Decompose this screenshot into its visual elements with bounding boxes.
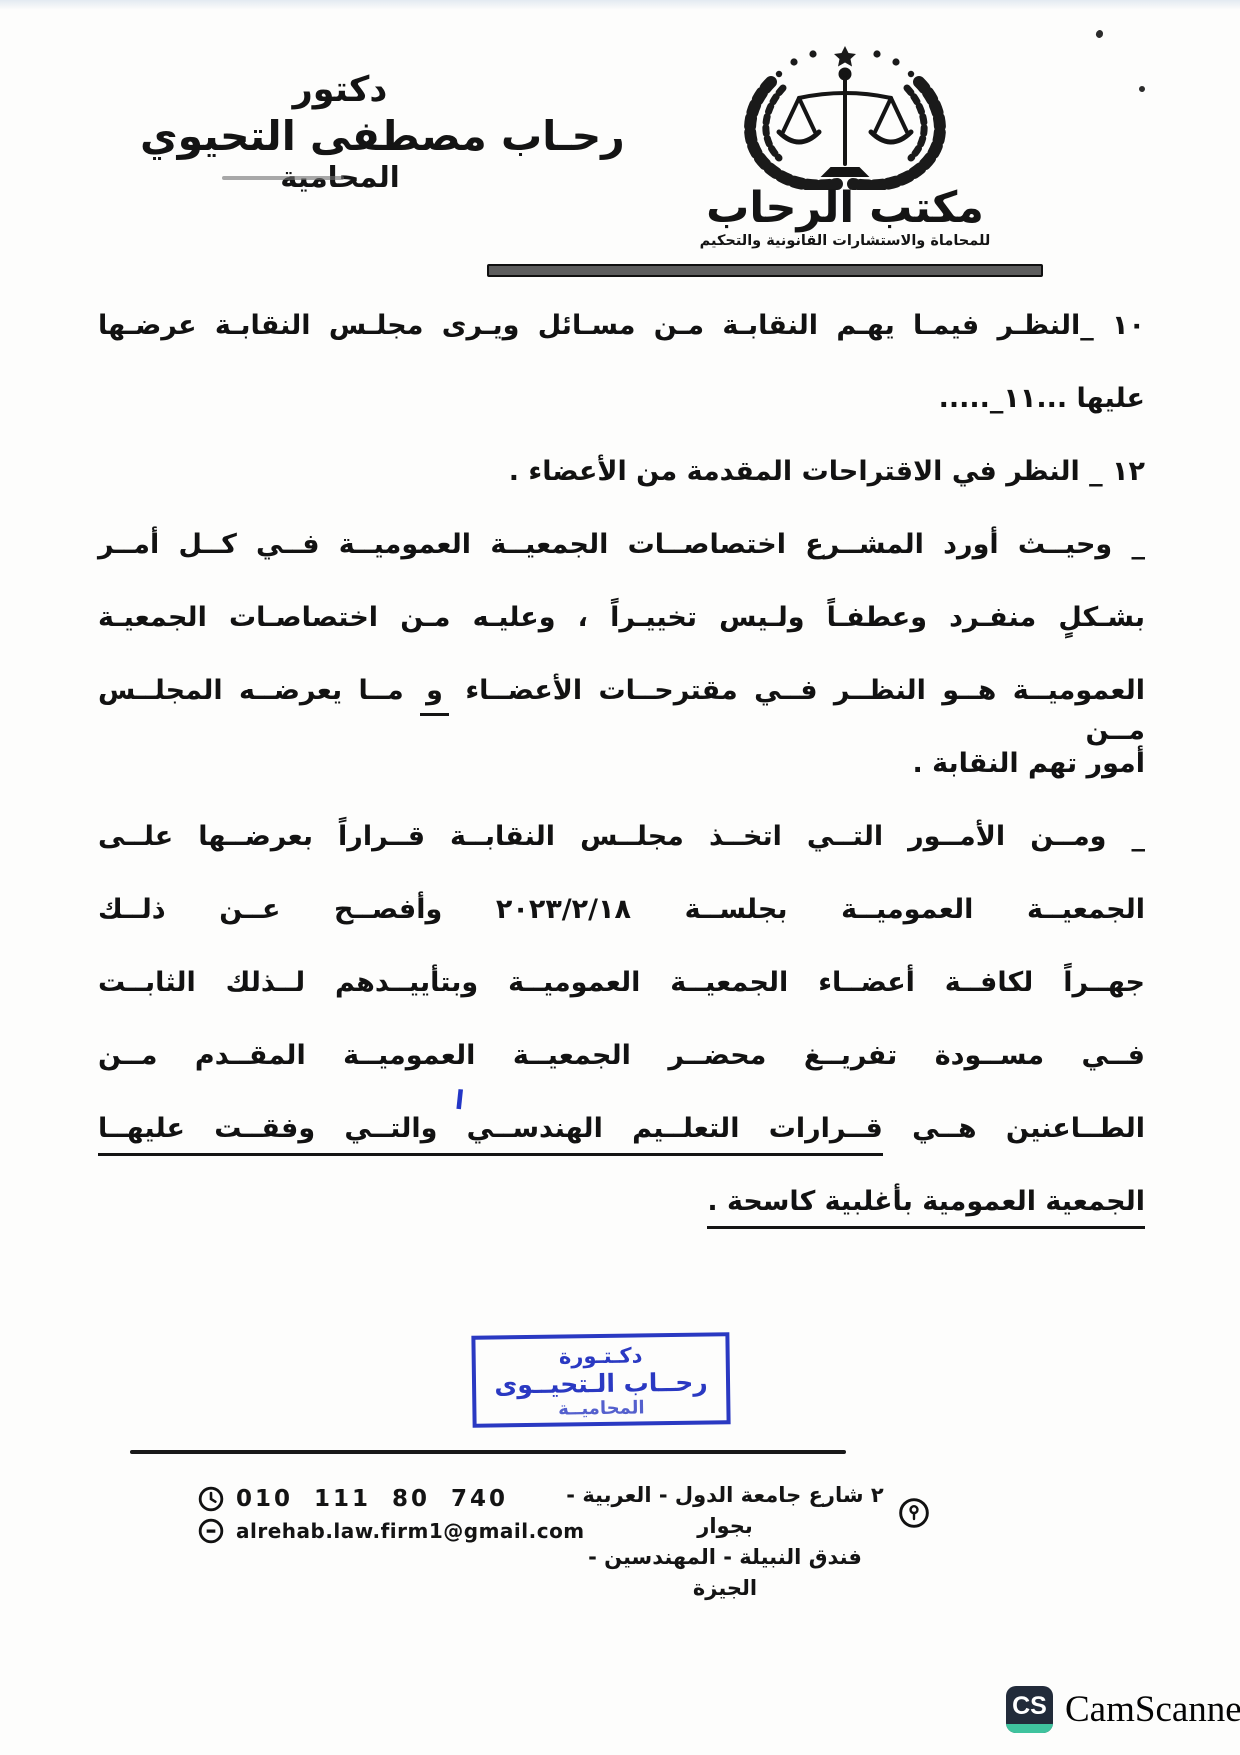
stamp-title: دكـتـورة — [476, 1342, 726, 1369]
address-line: فندق النبيلة - المهندسين - الجيزة — [555, 1542, 895, 1604]
body-line: أمور تهم النقابة . — [98, 744, 1145, 817]
email-row: alrehab.law.firm1@gmail.com — [198, 1518, 585, 1544]
address-block: ٢ شارع جامعة الدول - العربية - بجوار فند… — [555, 1480, 895, 1604]
underlined-text: قــرارات التعلــيم الهندســي والتــي وفق… — [98, 1113, 883, 1156]
underlined-text: و — [420, 675, 449, 716]
address-line: ٢ شارع جامعة الدول - العربية - بجوار — [555, 1480, 895, 1542]
body-text-run: العموميــة هــو النظــر فــي مقترحــات ا… — [449, 675, 1145, 706]
email-address: alrehab.law.firm1@gmail.com — [236, 1519, 585, 1543]
body-line: الطــاعنين هــي قــرارات التعلــيم الهند… — [98, 1109, 1145, 1182]
office-name: مكتب الرحاب — [660, 186, 1030, 230]
body-text-run: الطــاعنين هــي — [883, 1113, 1145, 1144]
stamp-name: رحــاب الـتحيــوى — [476, 1367, 726, 1399]
camscanner-icon-strip — [1006, 1724, 1053, 1733]
body-line: _ ومــن الأمــور التــي اتخــذ مجلــس ال… — [98, 817, 1145, 890]
phone-row: 010 111 80 740 — [198, 1486, 585, 1512]
email-icon — [198, 1518, 224, 1544]
scan-speck — [1095, 29, 1104, 39]
scales-of-justice-icon — [695, 40, 995, 190]
location-pin-icon — [898, 1497, 930, 1529]
underlined-text: الجمعية العمومية بأغلبية كاسحة . — [707, 1186, 1145, 1229]
body-line: جهــراً لكافــة أعضــاء الجمعيــة العموم… — [98, 963, 1145, 1036]
camscanner-watermark: CS CamScanner — [1006, 1686, 1240, 1733]
document-body: ١٠ _النظـر فيمـا يهـم النقابـة مـن مسـائ… — [98, 306, 1145, 1255]
camscanner-icon-letters: CS — [1012, 1692, 1047, 1721]
scan-edge-artifact — [0, 0, 1240, 10]
header-divider — [487, 264, 1043, 277]
body-line: الجمعيــة العموميــة بجلســة ٢٠٢٣/٢/١٨ و… — [98, 890, 1145, 963]
lawyer-title: دكتور — [140, 70, 540, 110]
phone-number: 010 111 80 740 — [236, 1486, 508, 1512]
camscanner-icon: CS — [1006, 1686, 1053, 1733]
camscanner-label: CamScanner — [1065, 1688, 1240, 1731]
body-line: بشـكلٍ منفـرد وعطفـاً ولـيس تخييـراً ، و… — [98, 598, 1145, 671]
footer-divider — [130, 1450, 846, 1454]
body-line: ١٢ _ النظر في الاقتراحات المقدمة من الأع… — [98, 452, 1145, 525]
body-line: العموميــة هــو النظــر فــي مقترحــات ا… — [98, 671, 1145, 744]
body-line: عليها ...١١_..... — [98, 379, 1145, 452]
body-line: _ وحيــث أورد المشــرع اختصاصــات الجمعي… — [98, 525, 1145, 598]
phone-icon — [198, 1486, 224, 1512]
office-tagline: للمحاماة والاستشارات القانونية والتحكيم — [660, 233, 1030, 249]
contact-block: 010 111 80 740 alrehab.law.firm1@gmail.c… — [198, 1486, 585, 1550]
stamp-role: المحاميــة — [476, 1396, 726, 1420]
scanned-legal-document: دكتور رحـاب مصطفى التحيوي المحامية — [0, 0, 1240, 1755]
letterhead-logo-block: مكتب الرحاب للمحاماة والاستشارات القانون… — [660, 40, 1030, 249]
body-line: ١٠ _النظـر فيمـا يهـم النقابـة مـن مسـائ… — [98, 306, 1145, 379]
body-line: فــي مســودة تفريــغ محضــر الجمعيــة ال… — [98, 1036, 1145, 1109]
scan-speck — [1139, 86, 1145, 92]
body-line: الجمعية العمومية بأغلبية كاسحة . — [98, 1182, 1145, 1255]
lawyer-ink-stamp: دكـتـورة رحــاب الـتحيــوى المحاميــة — [471, 1332, 730, 1428]
scan-underline-artifact — [222, 176, 344, 180]
lawyer-name: رحـاب مصطفى التحيوي — [140, 112, 540, 160]
